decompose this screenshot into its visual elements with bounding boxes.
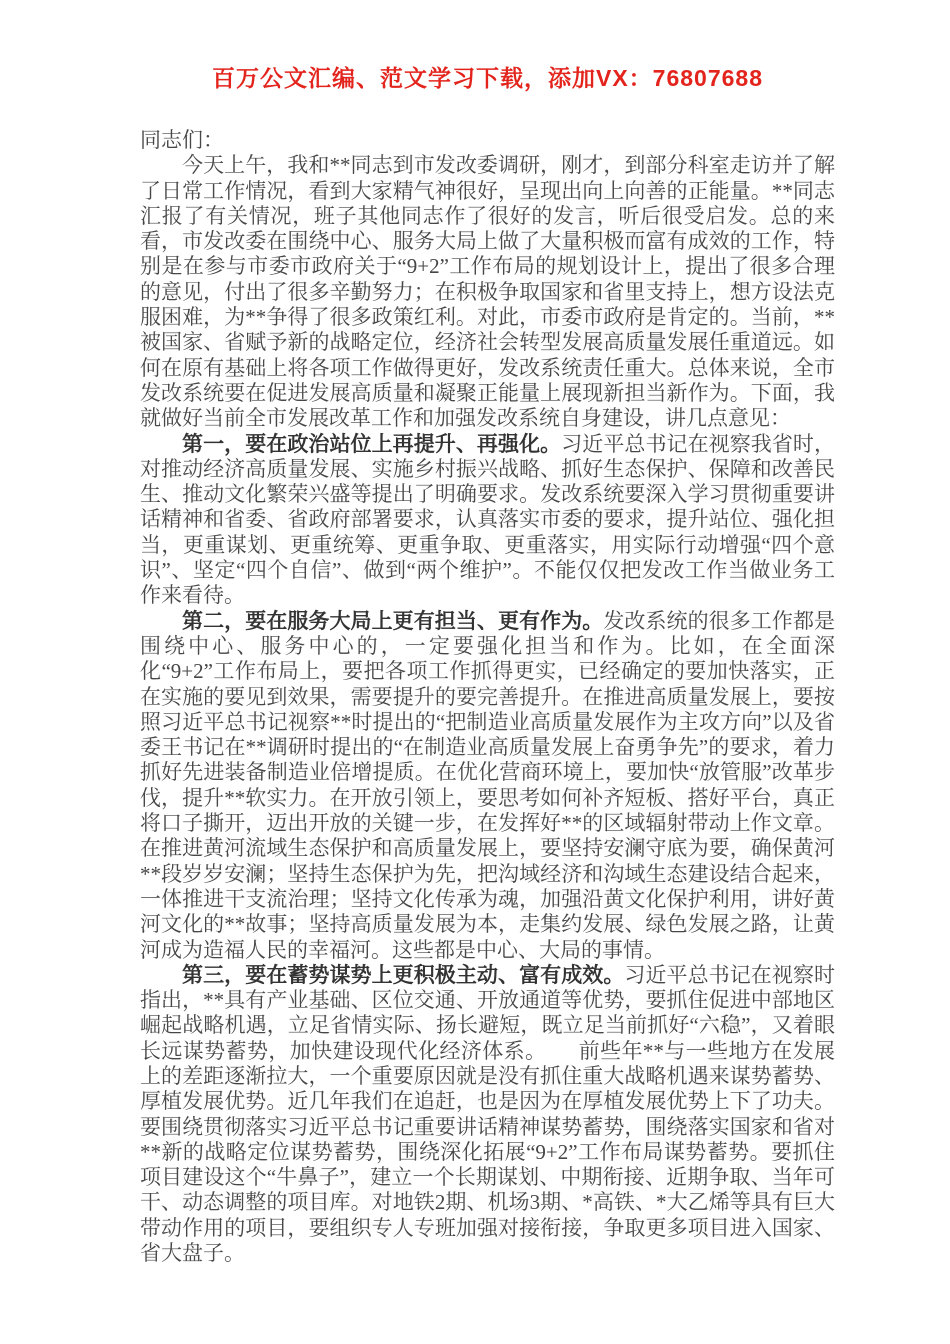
promo-header-text: 百万公文汇编、范文学习下载，添加VX：76807688 — [140, 64, 835, 92]
paragraph-text: 习近平总书记在视察我省时，对推动经济高质量发展、实施乡村振兴战略、抓好生态保护、… — [140, 432, 835, 608]
salutation: 同志们： — [140, 128, 835, 153]
paragraph: 第三，要在蓄势谋势上更积极主动、富有成效。习近平总书记在视察时指出，**具有产业… — [140, 963, 835, 1267]
paragraph: 今天上午，我和**同志到市发改委调研，刚才，到部分科室走访并了解了日常工作情况，… — [140, 153, 835, 431]
document-body: 同志们： 今天上午，我和**同志到市发改委调研，刚才，到部分科室走访并了解了日常… — [140, 128, 835, 1266]
paragraphs-container: 今天上午，我和**同志到市发改委调研，刚才，到部分科室走访并了解了日常工作情况，… — [140, 153, 835, 1266]
paragraph-lead: 第二，要在服务大局上更有担当、更有作为。 — [182, 609, 603, 633]
document-viewport: { "promo_header": { "text": "百万公文汇编、范文学习… — [0, 0, 950, 1344]
paragraph: 第二，要在服务大局上更有担当、更有作为。发改系统的很多工作都是围绕中心、服务中心… — [140, 609, 835, 963]
paragraph-lead: 第三，要在蓄势谋势上更积极主动、富有成效。 — [182, 963, 624, 987]
document-page: 百万公文汇编、范文学习下载，添加VX：76807688 同志们： 今天上午，我和… — [0, 0, 950, 1344]
paragraph-text: 今天上午，我和**同志到市发改委调研，刚才，到部分科室走访并了解了日常工作情况，… — [140, 153, 835, 430]
paragraph-lead: 第一，要在政治站位上再提升、再强化。 — [182, 432, 561, 456]
paragraph-text: 发改系统的很多工作都是围绕中心、服务中心的，一定要强化担当和作为。比如，在全面深… — [140, 609, 835, 962]
paragraph-text: 习近平总书记在视察时指出，**具有产业基础、区位交通、开放通道等优势，要抓住促进… — [140, 963, 835, 1265]
paragraph: 第一，要在政治站位上再提升、再强化。习近平总书记在视察我省时，对推动经济高质量发… — [140, 432, 835, 609]
